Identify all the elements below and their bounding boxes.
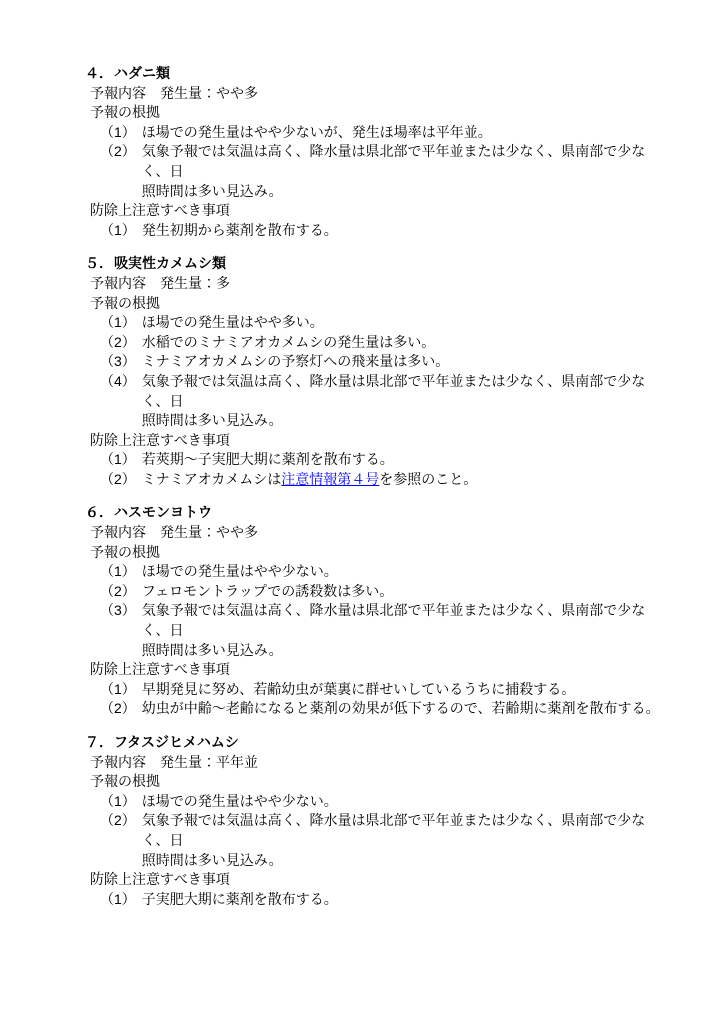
item-text-line: 照時間は多い見込み。 [142, 411, 666, 431]
item-text: 気象予報では気温は高く、降水量は県北部で平年並または少なく、県南部で少なく、日 … [142, 142, 666, 201]
item-marker: （1） [100, 792, 136, 812]
item-text-line: 照時間は多い見込み。 [142, 641, 666, 661]
item-marker: （1） [100, 890, 136, 910]
item-text: ほ場での発生量はやや少ない。 [142, 562, 666, 582]
control-item: （1） 若莢期～子実肥大期に薬剤を散布する。 [100, 450, 666, 470]
basis-label: 予報の根拠 [90, 103, 666, 123]
section-title: 吸実性カメムシ類 [114, 255, 226, 271]
section-number: ５． [85, 255, 113, 271]
forecast-value: 発生量：やや多 [160, 85, 258, 101]
item-text-line: フェロモントラップでの誘殺数は多い。 [142, 582, 666, 602]
item-text: 子実肥大期に薬剤を散布する。 [142, 890, 666, 910]
control-item: （2） ミナミアオカメムシは注意情報第４号を参照のこと。 [100, 470, 666, 490]
item-text: ほ場での発生量はやや少ないが、発生ほ場率は平年並。 [142, 123, 666, 143]
section-heading: ４．ハダニ類 [85, 64, 666, 84]
link-prefix-text: ミナミアオカメムシは [142, 471, 281, 487]
item-marker: （2） [100, 811, 136, 831]
basis-item: （3） ミナミアオカメムシの予察灯への飛来量は多い。 [100, 352, 666, 372]
control-item: （1） 子実肥大期に薬剤を散布する。 [100, 890, 666, 910]
item-text-line: 照時間は多い見込み。 [142, 851, 666, 871]
section-hasumon-yotou: ６．ハスモンヨトウ 予報内容発生量：やや多 予報の根拠 （1） ほ場での発生量は… [85, 503, 666, 719]
forecast-value: 発生量：平年並 [160, 754, 258, 770]
forecast-label: 予報内容 [90, 275, 146, 291]
forecast-line: 予報内容発生量：多 [90, 274, 666, 294]
item-text: フェロモントラップでの誘殺数は多い。 [142, 582, 666, 602]
item-marker: （4） [100, 372, 136, 392]
section-title: ハスモンヨトウ [114, 504, 212, 520]
item-text: ミナミアオカメムシの予察灯への飛来量は多い。 [142, 352, 666, 372]
basis-item: （2） 水稲でのミナミアオカメムシの発生量は多い。 [100, 333, 666, 353]
basis-item: （1） ほ場での発生量はやや少ない。 [100, 562, 666, 582]
section-futasuji-himehamushi: ７．フタスジヒメハムシ 予報内容発生量：平年並 予報の根拠 （1） ほ場での発生… [85, 733, 666, 909]
item-marker: （1） [100, 450, 136, 470]
section-heading: ７．フタスジヒメハムシ [85, 733, 666, 753]
forecast-label: 予報内容 [90, 524, 146, 540]
item-text-line: ほ場での発生量はやや少ない。 [142, 562, 666, 582]
forecast-value: 発生量：やや多 [160, 524, 258, 540]
item-text-line: 気象予報では気温は高く、降水量は県北部で平年並または少なく、県南部で少なく、日 [142, 811, 666, 850]
control-label: 防除上注意すべき事項 [90, 870, 666, 890]
control-label: 防除上注意すべき事項 [90, 431, 666, 451]
item-text: 気象予報では気温は高く、降水量は県北部で平年並または少なく、県南部で少なく、日 … [142, 811, 666, 870]
item-text-line: 水稲でのミナミアオカメムシの発生量は多い。 [142, 333, 666, 353]
section-title: ハダニ類 [114, 65, 170, 81]
item-marker: （2） [100, 470, 136, 490]
item-text-line: 早期発見に努め、若齢幼虫が葉裏に群せいしているうちに捕殺する。 [142, 680, 666, 700]
item-text: 水稲でのミナミアオカメムシの発生量は多い。 [142, 333, 666, 353]
item-text: 早期発見に努め、若齢幼虫が葉裏に群せいしているうちに捕殺する。 [142, 680, 666, 700]
forecast-value: 発生量：多 [160, 275, 230, 291]
item-text: 気象予報では気温は高く、降水量は県北部で平年並または少なく、県南部で少なく、日 … [142, 601, 666, 660]
item-text-line: ほ場での発生量はやや少ないが、発生ほ場率は平年並。 [142, 123, 666, 143]
basis-item: （4） 気象予報では気温は高く、降水量は県北部で平年並または少なく、県南部で少な… [100, 372, 666, 431]
basis-item: （1） ほ場での発生量はやや多い。 [100, 313, 666, 333]
section-kamemushi: ５．吸実性カメムシ類 予報内容発生量：多 予報の根拠 （1） ほ場での発生量はや… [85, 254, 666, 489]
item-text-line: ほ場での発生量はやや多い。 [142, 313, 666, 333]
basis-label: 予報の根拠 [90, 294, 666, 314]
item-text: ほ場での発生量はやや多い。 [142, 313, 666, 333]
forecast-label: 予報内容 [90, 754, 146, 770]
item-text-line: 気象予報では気温は高く、降水量は県北部で平年並または少なく、県南部で少なく、日 [142, 142, 666, 181]
basis-label: 予報の根拠 [90, 543, 666, 563]
item-marker: （1） [100, 313, 136, 333]
section-heading: ６．ハスモンヨトウ [85, 503, 666, 523]
control-label: 防除上注意すべき事項 [90, 660, 666, 680]
forecast-document-page: ４．ハダニ類 予報内容発生量：やや多 予報の根拠 （1） ほ場での発生量はやや少… [0, 0, 724, 1024]
item-marker: （2） [100, 699, 136, 719]
item-text: 気象予報では気温は高く、降水量は県北部で平年並または少なく、県南部で少なく、日 … [142, 372, 666, 431]
basis-item: （2） フェロモントラップでの誘殺数は多い。 [100, 582, 666, 602]
item-text-line: 幼虫が中齢～老齢になると薬剤の効果が低下するので、若齢期に薬剤を散布する。 [142, 699, 666, 719]
item-marker: （2） [100, 333, 136, 353]
basis-label: 予報の根拠 [90, 772, 666, 792]
item-marker: （3） [100, 352, 136, 372]
item-text-line: 照時間は多い見込み。 [142, 182, 666, 202]
item-text-line: 発生初期から薬剤を散布する。 [142, 221, 666, 241]
item-marker: （2） [100, 142, 136, 162]
section-heading: ５．吸実性カメムシ類 [85, 254, 666, 274]
item-marker: （1） [100, 123, 136, 143]
item-text-line: 気象予報では気温は高く、降水量は県北部で平年並または少なく、県南部で少なく、日 [142, 372, 666, 411]
section-title: フタスジヒメハムシ [114, 734, 239, 750]
item-marker: （1） [100, 680, 136, 700]
item-text-line: ミナミアオカメムシの予察灯への飛来量は多い。 [142, 352, 666, 372]
section-number: ７． [85, 734, 113, 750]
item-marker: （1） [100, 221, 136, 241]
basis-item: （3） 気象予報では気温は高く、降水量は県北部で平年並または少なく、県南部で少な… [100, 601, 666, 660]
item-text: ほ場での発生量はやや少ない。 [142, 792, 666, 812]
caution-info-no4-link[interactable]: 注意情報第４号 [281, 471, 379, 487]
basis-item: （1） ほ場での発生量はやや少ない。 [100, 792, 666, 812]
item-marker: （2） [100, 582, 136, 602]
forecast-line: 予報内容発生量：平年並 [90, 753, 666, 773]
control-label: 防除上注意すべき事項 [90, 201, 666, 221]
section-number: ４． [85, 65, 113, 81]
control-item: （2） 幼虫が中齢～老齢になると薬剤の効果が低下するので、若齢期に薬剤を散布する… [100, 699, 666, 719]
item-text: 若莢期～子実肥大期に薬剤を散布する。 [142, 450, 666, 470]
control-item: （1） 発生初期から薬剤を散布する。 [100, 221, 666, 241]
item-text-line: ミナミアオカメムシは注意情報第４号を参照のこと。 [142, 470, 666, 490]
item-marker: （1） [100, 562, 136, 582]
item-text: 発生初期から薬剤を散布する。 [142, 221, 666, 241]
forecast-line: 予報内容発生量：やや多 [90, 84, 666, 104]
item-text-line: 若莢期～子実肥大期に薬剤を散布する。 [142, 450, 666, 470]
basis-item: （1） ほ場での発生量はやや少ないが、発生ほ場率は平年並。 [100, 123, 666, 143]
section-number: ６． [85, 504, 113, 520]
forecast-label: 予報内容 [90, 85, 146, 101]
item-marker: （3） [100, 601, 136, 621]
basis-item: （2） 気象予報では気温は高く、降水量は県北部で平年並または少なく、県南部で少な… [100, 811, 666, 870]
link-suffix-text: を参照のこと。 [379, 471, 477, 487]
item-text-line: ほ場での発生量はやや少ない。 [142, 792, 666, 812]
item-text-line: 子実肥大期に薬剤を散布する。 [142, 890, 666, 910]
item-text-line: 気象予報では気温は高く、降水量は県北部で平年並または少なく、県南部で少なく、日 [142, 601, 666, 640]
control-item: （1） 早期発見に努め、若齢幼虫が葉裏に群せいしているうちに捕殺する。 [100, 680, 666, 700]
item-text: ミナミアオカメムシは注意情報第４号を参照のこと。 [142, 470, 666, 490]
forecast-line: 予報内容発生量：やや多 [90, 523, 666, 543]
item-text: 幼虫が中齢～老齢になると薬剤の効果が低下するので、若齢期に薬剤を散布する。 [142, 699, 666, 719]
section-hadani: ４．ハダニ類 予報内容発生量：やや多 予報の根拠 （1） ほ場での発生量はやや少… [85, 64, 666, 240]
basis-item: （2） 気象予報では気温は高く、降水量は県北部で平年並または少なく、県南部で少な… [100, 142, 666, 201]
